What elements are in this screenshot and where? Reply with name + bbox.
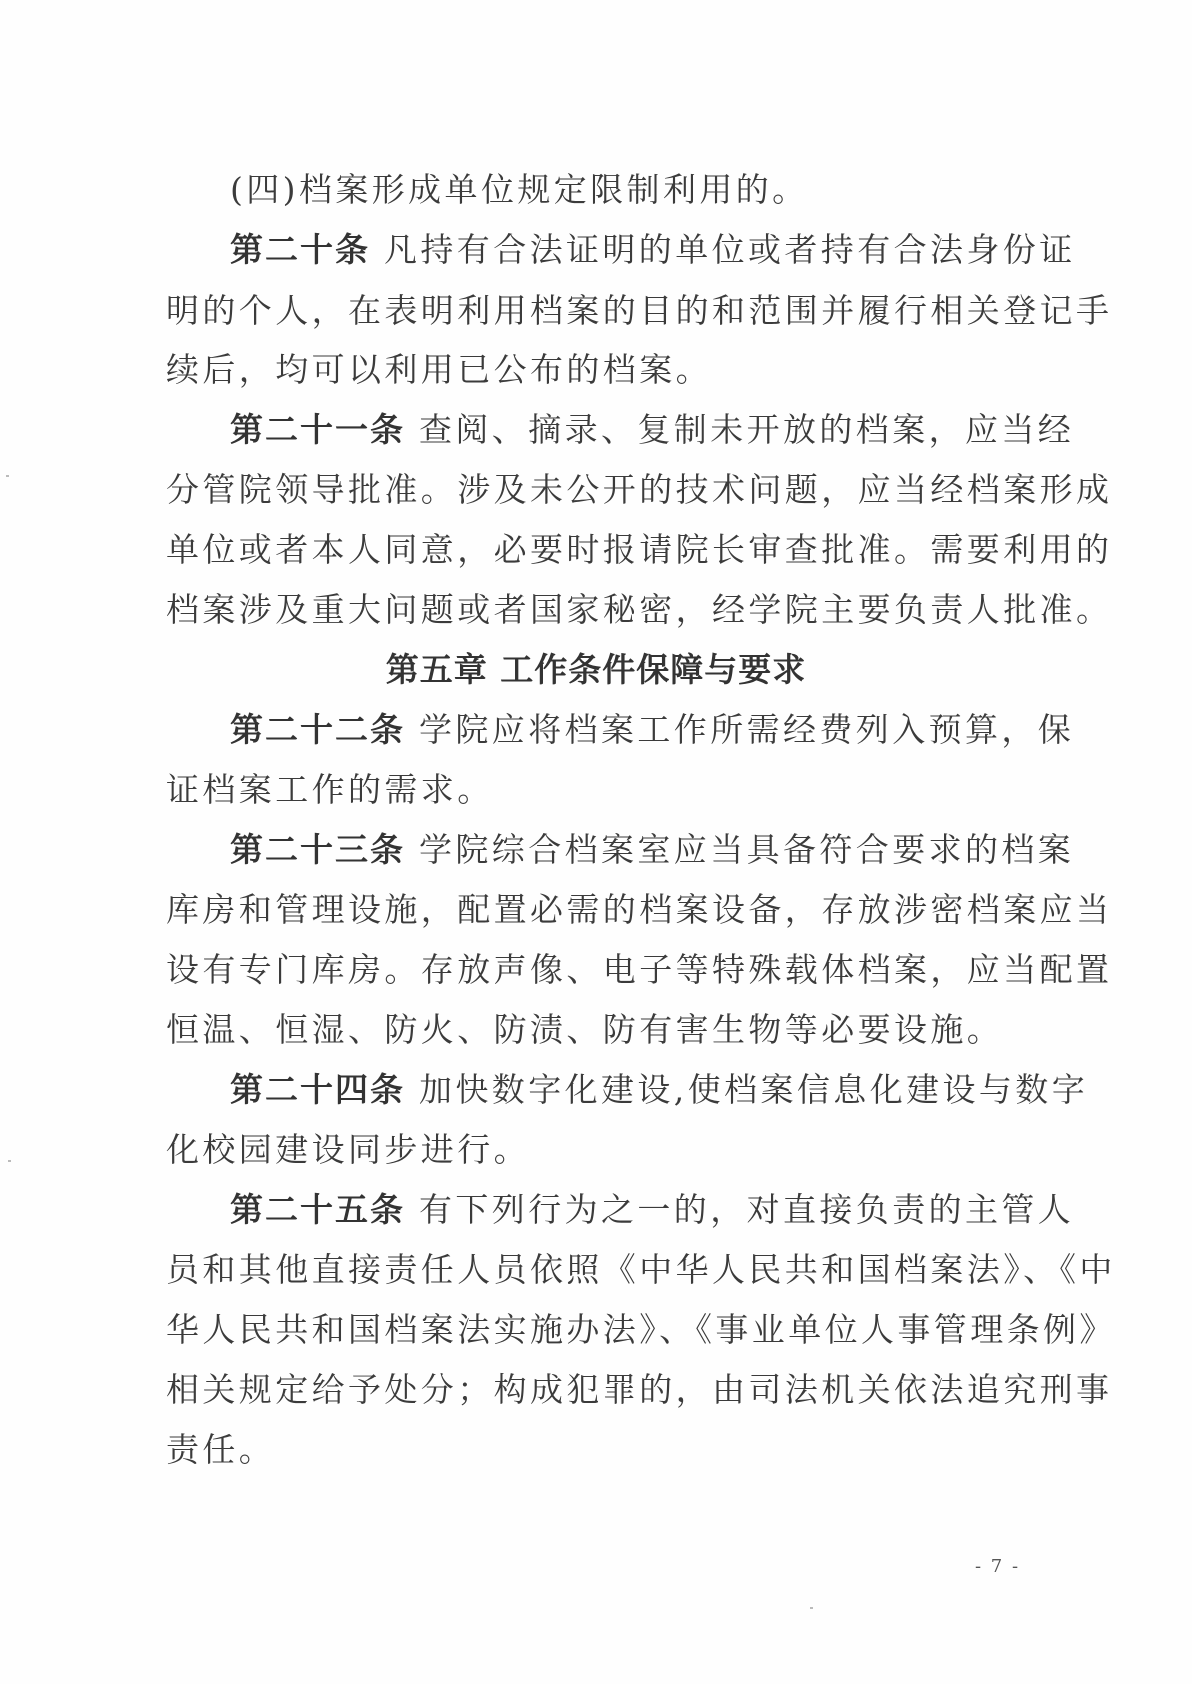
article-25-heading: 第二十五条 [230, 1190, 405, 1229]
article-text: 明的个人，在表明利用档案的目的和范围并履行相关登记手 [166, 291, 1112, 330]
document-page: (四)档案形成单位规定限制利用的。 第二十条凡持有合法证明的单位或者持有合法身份… [0, 0, 1192, 1684]
article-text: 档案涉及重大问题或者国家秘密，经学院主要负责人批准。 [166, 590, 1112, 629]
paragraph-line: 化校园建设同步进行。 [166, 1130, 530, 1170]
paragraph-line: 华人民共和国档案法实施办法》、《事业单位人事管理条例》 [166, 1310, 1116, 1350]
article-24-heading: 第二十四条 [230, 1070, 405, 1109]
paragraph-line: 员和其他直接责任人员依照《中华人民共和国档案法》、《中 [166, 1250, 1116, 1290]
article-text: 凡持有合法证明的单位或者持有合法身份证 [384, 230, 1076, 269]
paragraph-line: 相关规定给予处分；构成犯罪的，由司法机关依法追究刑事 [166, 1370, 1112, 1410]
article-21-heading: 第二十一条 [230, 410, 405, 449]
scan-speck [6, 475, 9, 477]
article-text: 分管院领导批准。涉及未公开的技术问题，应当经档案形成 [166, 470, 1112, 509]
article-20-heading: 第二十条 [230, 230, 370, 269]
article-22-line: 第二十二条学院应将档案工作所需经费列入预算，保 [230, 710, 1074, 750]
paragraph-line: 分管院领导批准。涉及未公开的技术问题，应当经档案形成 [166, 470, 1112, 510]
article-text: 化校园建设同步进行。 [166, 1130, 530, 1169]
paragraph-line: 明的个人，在表明利用档案的目的和范围并履行相关登记手 [166, 291, 1112, 331]
scan-speck [810, 1607, 813, 1609]
paragraph-line: 恒温、恒湿、防火、防渍、防有害生物等必要设施。 [166, 1010, 1003, 1050]
article-text: 学院综合档案室应当具备符合要求的档案 [419, 830, 1074, 869]
article-text: 查阅、摘录、复制未开放的档案，应当经 [419, 410, 1074, 449]
scan-speck [8, 1160, 11, 1162]
article-text: 学院应将档案工作所需经费列入预算，保 [419, 710, 1074, 749]
paragraph-line: 续后，均可以利用已公布的档案。 [166, 350, 712, 390]
article-text: 单位或者本人同意，必要时报请院长审查批准。需要利用的 [166, 530, 1112, 569]
paragraph-line: 单位或者本人同意，必要时报请院长审查批准。需要利用的 [166, 530, 1112, 570]
article-text: 员和其他直接责任人员依照《中华人民共和国档案法》、《中 [166, 1250, 1116, 1289]
paragraph-line: 责任。 [166, 1430, 275, 1470]
article-21-line: 第二十一条查阅、摘录、复制未开放的档案，应当经 [230, 410, 1074, 450]
article-text: 责任。 [166, 1430, 275, 1469]
article-text: 相关规定给予处分；构成犯罪的，由司法机关依法追究刑事 [166, 1370, 1112, 1409]
article-text: 华人民共和国档案法实施办法》、《事业单位人事管理条例》 [166, 1310, 1116, 1349]
article-text: 恒温、恒湿、防火、防渍、防有害生物等必要设施。 [166, 1010, 1003, 1049]
article-text: 有下列行为之一的，对直接负责的主管人 [419, 1190, 1074, 1229]
paragraph-line: (四)档案形成单位规定限制利用的。 [230, 170, 809, 210]
paragraph-line: 证档案工作的需求。 [166, 770, 494, 810]
article-text: 证档案工作的需求。 [166, 770, 494, 809]
paragraph-line: 档案涉及重大问题或者国家秘密，经学院主要负责人批准。 [166, 590, 1112, 630]
chapter-heading: 第五章 工作条件保障与要求 [0, 650, 1192, 690]
article-25-line: 第二十五条有下列行为之一的，对直接负责的主管人 [230, 1190, 1074, 1230]
paragraph-line: 设有专门库房。存放声像、电子等特殊载体档案，应当配置 [166, 950, 1112, 990]
paragraph-line: 库房和管理设施，配置必需的档案设备，存放涉密档案应当 [166, 890, 1112, 930]
article-23-line: 第二十三条学院综合档案室应当具备符合要求的档案 [230, 830, 1074, 870]
article-text: 库房和管理设施，配置必需的档案设备，存放涉密档案应当 [166, 890, 1112, 929]
article-text: 加快数字化建设,使档案信息化建设与数字 [419, 1070, 1088, 1109]
page-number: - 7 - [975, 1556, 1020, 1577]
article-24-line: 第二十四条加快数字化建设,使档案信息化建设与数字 [230, 1070, 1088, 1110]
clause-text: (四)档案形成单位规定限制利用的。 [230, 170, 809, 209]
article-text: 设有专门库房。存放声像、电子等特殊载体档案，应当配置 [166, 950, 1112, 989]
article-22-heading: 第二十二条 [230, 710, 405, 749]
article-20-line: 第二十条凡持有合法证明的单位或者持有合法身份证 [230, 230, 1076, 270]
article-23-heading: 第二十三条 [230, 830, 405, 869]
article-text: 续后，均可以利用已公布的档案。 [166, 350, 712, 389]
